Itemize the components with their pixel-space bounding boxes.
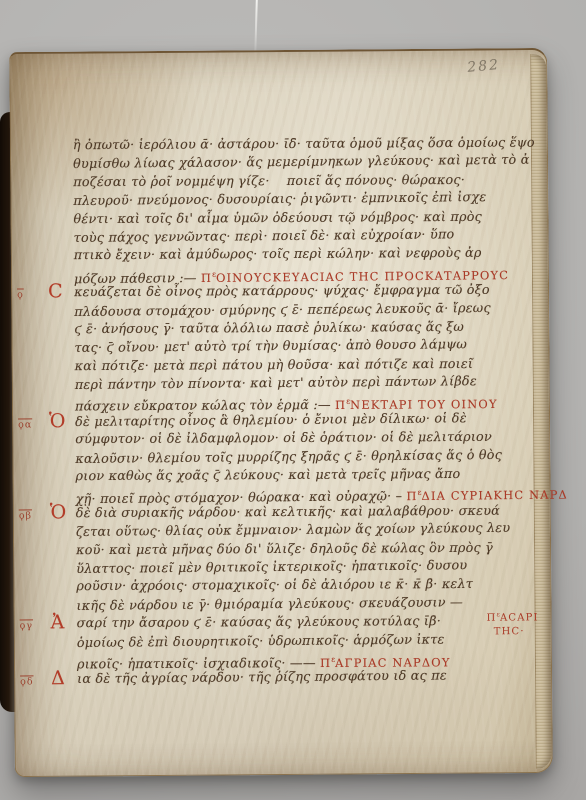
body-text: τοὺς πάχος γεννῶντας· περὶ· ποιεῖ δὲ· κα…: [74, 227, 455, 246]
manuscript-line: ϙδΔια δὲ τῆς ἀγρίας νάρδου· τῆς ῥίζης πρ…: [77, 667, 501, 689]
margin-note-initial: Π: [487, 613, 497, 624]
rubric-text: Π: [406, 489, 417, 503]
body-text: σύμφυτον· οἱ δὲ ἰλδαμφλομον· οἱ δὲ ὁράτι…: [75, 430, 492, 447]
body-text: τας· ϛ̄ οἴνου· μετ' αὐτὸ τρί τὴν θυμίσας…: [74, 338, 467, 357]
chapter-number: ϙ: [17, 287, 24, 305]
rubric-text: ΔΙΑ ϹΥΡΙΑΚΗϹ ΝΑΡΔ: [421, 488, 568, 503]
margin-note-line1: ΑϹΑΡΙ: [500, 612, 539, 623]
fore-edge-page-stack: [530, 54, 552, 769]
body-text: ὕλαττος· ποιεῖ μὲν θριτικοῖς ἰκτερικοῖς·…: [76, 558, 467, 577]
rubric-initial: Ὁ: [49, 412, 66, 431]
folio-number: 282: [467, 57, 501, 76]
body-text: θυμίσθω λίωας χάλασον· ἅς μεμερίμνηκων γ…: [73, 153, 530, 172]
manuscript-page: 282 ἢ ὀπωτῶ· ἱερόλιου ᾱ· ἀστάρου· ῑδ̄· τ…: [9, 48, 553, 777]
rubric-initial: Δ: [51, 669, 65, 688]
scene-background: 282 ἢ ὀπωτῶ· ἱερόλιου ᾱ· ἀστάρου· ῑδ̄· τ…: [0, 0, 586, 800]
body-text: ια δὲ τῆς ἀγρίας νάρδου· τῆς ῥίζης προσφ…: [77, 669, 447, 688]
body-text: σαρί την ἄσαρου ϛ ε̄· καύσας ἅς γλεύκους…: [77, 614, 441, 631]
chapter-number: ϙβ: [19, 507, 32, 525]
body-text: ζεται οὕτως· θλίας οὐκ ἔμμναιον· λαμὼν ἅ…: [76, 521, 511, 540]
rubric-initial: Ϲ: [48, 282, 63, 300]
body-text: πλευροῦ· πνεύμονος· δυσουρίαις· ῥιγῶντι·…: [73, 190, 486, 209]
rubric-initial: Ἀ: [51, 613, 65, 631]
margin-note-line2: ΤΗϹ·: [487, 625, 539, 639]
body-text: ριον καθὼς ἅς χοᾶς ϛ̄ λεύκους· καὶ μετὰ …: [75, 467, 460, 484]
body-text: ὁμοίως δὲ ἐπὶ διουρητικοῖς· ὑδρωπικοῖς· …: [77, 632, 445, 651]
body-text: δὲ διὰ συριακῆς νάρδου· καὶ κελτικῆς· κα…: [76, 504, 500, 521]
body-text: ϛ ε̄· ἀνήσους γ̄· ταῦτα ὁλόλιω πασὲ ῥυλί…: [74, 320, 464, 337]
margin-note-asarites: ΠεΑϹΑΡΙ ΤΗϹ·: [487, 607, 539, 640]
body-text: θέντι· καὶ τοῖς δι' αἷμα ὑμῶν ὀδεύουσι τ…: [73, 209, 482, 226]
body-text: καλοῦσιν· θλεμίου τοῖς μυρρίζης ξηρᾶς ϛ …: [75, 448, 502, 467]
bookmark-thread: [254, 0, 258, 56]
body-text: περὶ πάντην τὸν πίνοντα· καὶ μετ' αὐτὸν …: [75, 374, 477, 393]
body-text: ἢ ὀπωτῶ· ἱερόλιου ᾱ· ἀστάρου· ῑδ̄· ταῦτα…: [73, 136, 535, 154]
body-text: κευάζεται δὲ οἶνος πρὸς κατάρρους· ψύχας…: [74, 283, 490, 300]
body-text: δὲ μελιταρίτης οἶνος ἃ θηλεμίου· ὁ ἔνιοι…: [75, 411, 467, 430]
rubric-text: Π: [335, 398, 346, 412]
chapter-number: ϙδ: [20, 674, 34, 693]
body-text: πτικὸ ἔχειν· καὶ ἀμύδωρος· τοῖς περὶ κώλ…: [74, 246, 482, 263]
body-text: κοῦ· καὶ μετὰ μῆνας δύο δι' ὕλιζε· δηλοῦ…: [76, 540, 493, 557]
body-text: πλάδουσα στομάχου· σμύρνης ϛ ε̄· πεπέρεω…: [74, 301, 491, 320]
chapter-number: ϙγ: [20, 618, 34, 636]
chapter-number: ϙα: [18, 416, 32, 435]
body-text: ικῆς δὲ νάρδου ιε γ̄· θμιόραμία γλεύκους…: [76, 595, 463, 614]
body-text: ποζέσαι τὸ ῥοῖ νομμέψη γίζε· ποιεῖ ἅς πό…: [73, 173, 465, 190]
rubric-initial: Ὁ: [50, 503, 67, 522]
text-block: ἢ ὀπωτῶ· ἱερόλιου ᾱ· ἀστάρου· ῑδ̄· ταῦτα…: [73, 134, 501, 689]
body-text: καὶ πότιζε· μετὰ περὶ πάτου μὴ θοῦσα· κα…: [75, 357, 474, 374]
body-text: ροῦσιν· ἀχρόοις· στομαχικοῖς· οἱ δὲ ἀλιό…: [76, 577, 473, 594]
